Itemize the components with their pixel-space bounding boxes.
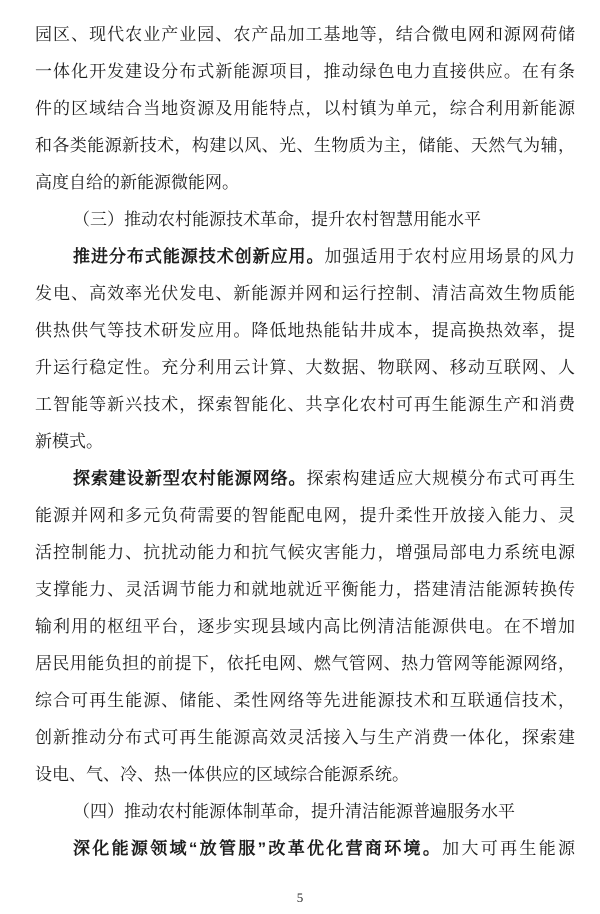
section-heading-3: （三）推动农村能源技术革命，提升农村智慧用能水平	[35, 201, 575, 238]
text-line: 推进分布式能源技术创新应用。加强适用于农村应用场景的风力	[35, 238, 575, 275]
text-line: 升运行稳定性。充分利用云计算、大数据、物联网、移动互联网、人	[35, 349, 575, 386]
document-body: 园区、现代农业产业园、农产品加工基地等，结合微电网和源网荷储 一体化开发建设分布…	[35, 16, 575, 867]
line-text: 发电、高效率光伏发电、新能源并网和运行控制、清洁高效生物质能	[35, 284, 575, 303]
text-line: 居民用能负担的前提下，依托电网、燃气管网、热力管网等能源网络，	[35, 645, 575, 682]
line-text: 供热供气等技术研发应用。降低地热能钻井成本，提高换热效率，提	[35, 321, 575, 340]
text-line: 深化能源领域“放管服”改革优化营商环境。加大可再生能源	[35, 830, 575, 867]
heading-text: （四）推动农村能源体制革命，提升清洁能源普遍服务水平	[73, 802, 515, 821]
line-text: 设电、气、冷、热一体供应的区域综合能源系统。	[35, 765, 409, 784]
heading-text: （三）推动农村能源技术革命，提升农村智慧用能水平	[73, 210, 481, 229]
bold-lead: 推进分布式能源技术创新应用。	[73, 247, 324, 266]
text-line: 能源并网和多元负荷需要的智能配电网，提升柔性开放接入能力、灵	[35, 497, 575, 534]
document-page: 园区、现代农业产业园、农产品加工基地等，结合微电网和源网荷储 一体化开发建设分布…	[0, 0, 600, 914]
text-line: 探索建设新型农村能源网络。探索构建适应大规模分布式可再生	[35, 460, 575, 497]
text-line: 设电、气、冷、热一体供应的区域综合能源系统。	[35, 756, 575, 793]
line-text: 园区、现代农业产业园、农产品加工基地等，结合微电网和源网荷储	[35, 25, 575, 44]
line-text: 高度自给的新能源微能网。	[35, 173, 239, 192]
text-line: 输利用的枢纽平台，逐步实现县域内高比例清洁能源供电。在不增加	[35, 608, 575, 645]
line-text: 综合可再生能源、储能、柔性网络等先进能源技术和互联通信技术，	[35, 691, 575, 710]
line-text: 新模式。	[35, 432, 103, 451]
text-line: 支撑能力、灵活调节能力和就地就近平衡能力，搭建清洁能源转换传	[35, 571, 575, 608]
line-text: 活控制能力、抗扰动能力和抗气候灾害能力，增强局部电力系统电源	[35, 543, 575, 562]
text-line: 供热供气等技术研发应用。降低地热能钻井成本，提高换热效率，提	[35, 312, 575, 349]
text-line: 高度自给的新能源微能网。	[35, 164, 575, 201]
line-text: 支撑能力、灵活调节能力和就地就近平衡能力，搭建清洁能源转换传	[35, 580, 575, 599]
line-text: 和各类能源新技术，构建以风、光、生物质为主，储能、天然气为辅，	[35, 136, 575, 155]
text-line: 园区、现代农业产业园、农产品加工基地等，结合微电网和源网荷储	[35, 16, 575, 53]
line-text: 件的区域结合当地资源及用能特点，以村镇为单元，综合利用新能源	[35, 99, 575, 118]
text-line: 工智能等新兴技术，探索智能化、共享化农村可再生能源生产和消费	[35, 386, 575, 423]
line-text: 加强适用于农村应用场景的风力	[324, 247, 575, 266]
line-text: 加大可再生能源	[442, 839, 575, 858]
line-text: 创新推动分布式可再生能源高效灵活接入与生产消费一体化，探索建	[35, 728, 575, 747]
line-text: 居民用能负担的前提下，依托电网、燃气管网、热力管网等能源网络，	[35, 654, 575, 673]
text-line: 新模式。	[35, 423, 575, 460]
text-line: 和各类能源新技术，构建以风、光、生物质为主，储能、天然气为辅，	[35, 127, 575, 164]
text-line: 创新推动分布式可再生能源高效灵活接入与生产消费一体化，探索建	[35, 719, 575, 756]
line-text: 输利用的枢纽平台，逐步实现县域内高比例清洁能源供电。在不增加	[35, 617, 575, 636]
text-line: 件的区域结合当地资源及用能特点，以村镇为单元，综合利用新能源	[35, 90, 575, 127]
page-number: 5	[0, 890, 600, 906]
text-line: 一体化开发建设分布式新能源项目，推动绿色电力直接供应。在有条	[35, 53, 575, 90]
line-text: 能源并网和多元负荷需要的智能配电网，提升柔性开放接入能力、灵	[35, 506, 575, 525]
line-text: 升运行稳定性。充分利用云计算、大数据、物联网、移动互联网、人	[35, 358, 575, 377]
bold-lead: 探索建设新型农村能源网络。	[73, 469, 307, 488]
line-text: 一体化开发建设分布式新能源项目，推动绿色电力直接供应。在有条	[35, 62, 575, 81]
text-line: 发电、高效率光伏发电、新能源并网和运行控制、清洁高效生物质能	[35, 275, 575, 312]
line-text: 工智能等新兴技术，探索智能化、共享化农村可再生能源生产和消费	[35, 395, 575, 414]
line-text: 探索构建适应大规模分布式可再生	[307, 469, 575, 488]
text-line: 综合可再生能源、储能、柔性网络等先进能源技术和互联通信技术，	[35, 682, 575, 719]
bold-lead: 深化能源领域“放管服”改革优化营商环境。	[73, 839, 442, 858]
section-heading-4: （四）推动农村能源体制革命，提升清洁能源普遍服务水平	[35, 793, 575, 830]
text-line: 活控制能力、抗扰动能力和抗气候灾害能力，增强局部电力系统电源	[35, 534, 575, 571]
